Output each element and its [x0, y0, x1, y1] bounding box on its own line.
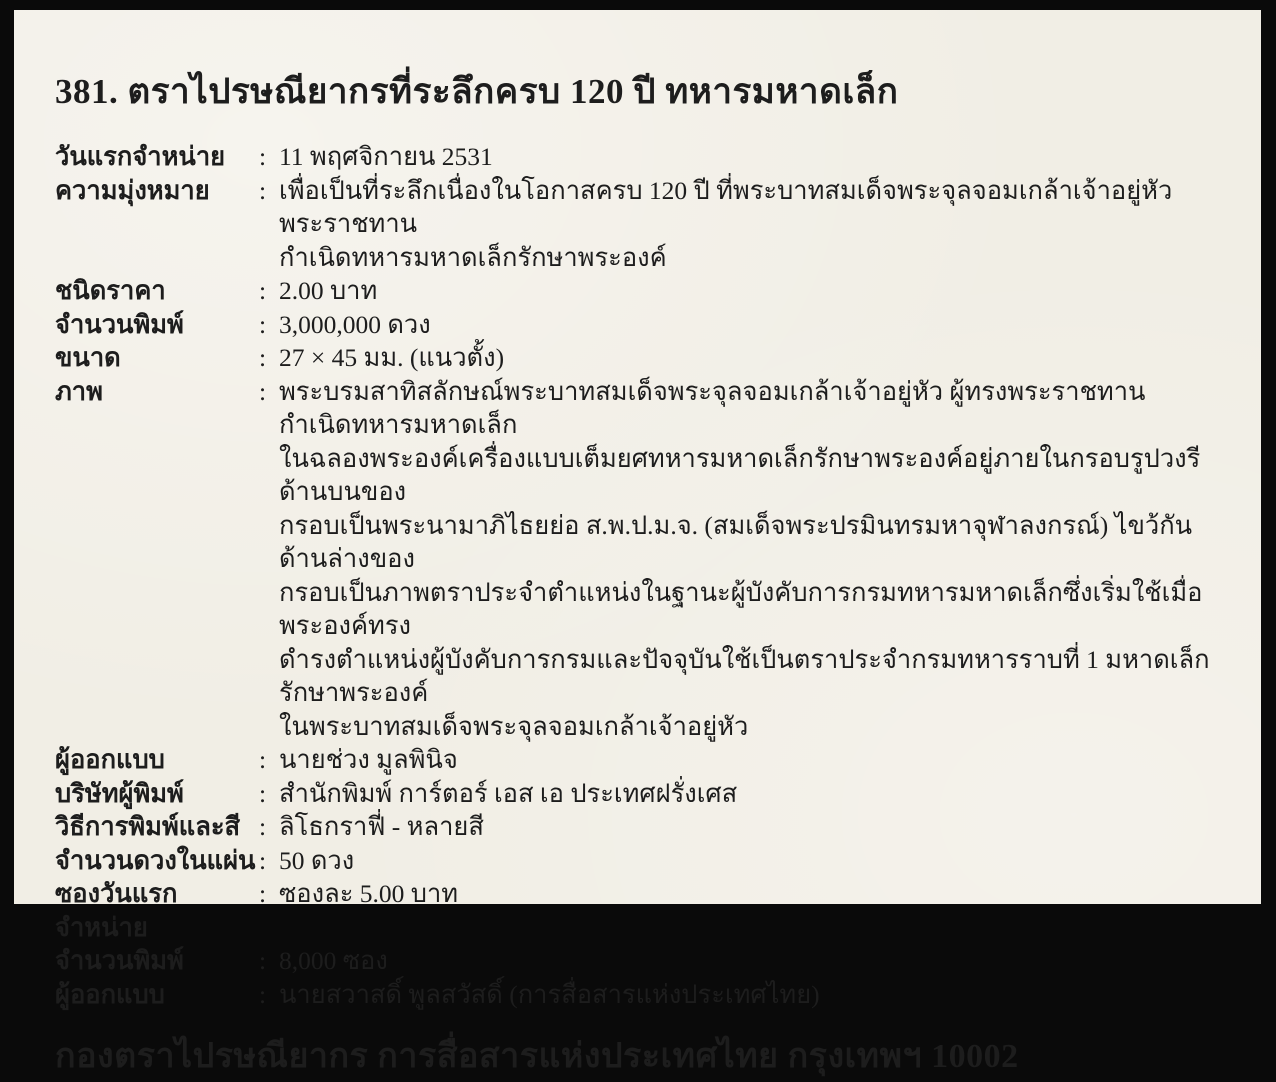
field-separator: : [259, 844, 279, 878]
field-row: ผู้ออกแบบ : นายช่วง มูลพินิจ [55, 743, 1213, 777]
field-row: ชนิดราคา : 2.00 บาท [55, 274, 1213, 308]
field-separator: : [259, 777, 279, 811]
field-value: พระบรมสาทิสลักษณ์พระบาทสมเด็จพระจุลจอมเก… [279, 375, 1213, 744]
field-label: วันแรกจำหน่าย [55, 140, 259, 174]
black-frame: 381. ตราไปรษณียากรที่ระลึกครบ 120 ปี ทหา… [0, 0, 1276, 918]
field-separator: : [259, 743, 279, 777]
field-value: 11 พฤศจิกายน 2531 [279, 140, 1213, 174]
field-label: ซองวันแรกจำหน่าย [55, 877, 259, 918]
field-row: ความมุ่งหมาย : เพื่อเป็นที่ระลึกเนื่องใน… [55, 174, 1213, 275]
field-value: ลิโธกราฟี่ - หลายสี [279, 810, 1213, 844]
field-separator: : [259, 274, 279, 308]
page-content: 381. ตราไปรษณียากรที่ระลึกครบ 120 ปี ทหา… [14, 10, 1261, 918]
field-label: ผู้ออกแบบ [55, 743, 259, 777]
field-value: 27 × 45 มม. (แนวตั้ง) [279, 341, 1213, 375]
field-label: บริษัทผู้พิมพ์ [55, 777, 259, 811]
field-label: จำนวนดวงในแผ่น [55, 844, 259, 878]
field-label: ความมุ่งหมาย [55, 174, 259, 208]
field-separator: : [259, 375, 279, 409]
field-row: วันแรกจำหน่าย : 11 พฤศจิกายน 2531 [55, 140, 1213, 174]
field-separator: : [259, 877, 279, 911]
page-title: 381. ตราไปรษณียากรที่ระลึกครบ 120 ปี ทหา… [55, 70, 1213, 114]
field-row: ภาพ : พระบรมสาทิสลักษณ์พระบาทสมเด็จพระจุ… [55, 375, 1213, 744]
field-label: จำนวนพิมพ์ [55, 308, 259, 342]
field-row: วิธีการพิมพ์และสี : ลิโธกราฟี่ - หลายสี [55, 810, 1213, 844]
field-value: 50 ดวง [279, 844, 1213, 878]
field-row: ซองวันแรกจำหน่าย : ซองละ 5.00 บาท [55, 877, 1213, 918]
field-row: บริษัทผู้พิมพ์ : สำนักพิมพ์ การ์ตอร์ เอส… [55, 777, 1213, 811]
field-value: เพื่อเป็นที่ระลึกเนื่องในโอกาสครบ 120 ปี… [279, 174, 1213, 275]
field-value: นายช่วง มูลพินิจ [279, 743, 1213, 777]
field-value: ซองละ 5.00 บาท [279, 877, 1213, 911]
fields: วันแรกจำหน่าย : 11 พฤศจิกายน 2531 ความมุ… [55, 140, 1213, 918]
field-separator: : [259, 308, 279, 342]
field-separator: : [259, 140, 279, 174]
field-value: 3,000,000 ดวง [279, 308, 1213, 342]
field-separator: : [259, 341, 279, 375]
field-row: จำนวนดวงในแผ่น : 50 ดวง [55, 844, 1213, 878]
field-separator: : [259, 174, 279, 208]
field-label: ภาพ [55, 375, 259, 409]
field-label: ชนิดราคา [55, 274, 259, 308]
field-separator: : [259, 810, 279, 844]
field-row: ขนาด : 27 × 45 มม. (แนวตั้ง) [55, 341, 1213, 375]
field-label: ขนาด [55, 341, 259, 375]
field-value: 2.00 บาท [279, 274, 1213, 308]
catalog-page: 381. ตราไปรษณียากรที่ระลึกครบ 120 ปี ทหา… [14, 10, 1261, 904]
field-row: จำนวนพิมพ์ : 3,000,000 ดวง [55, 308, 1213, 342]
field-value: สำนักพิมพ์ การ์ตอร์ เอส เอ ประเทศฝรั่งเศ… [279, 777, 1213, 811]
field-label: วิธีการพิมพ์และสี [55, 810, 259, 844]
